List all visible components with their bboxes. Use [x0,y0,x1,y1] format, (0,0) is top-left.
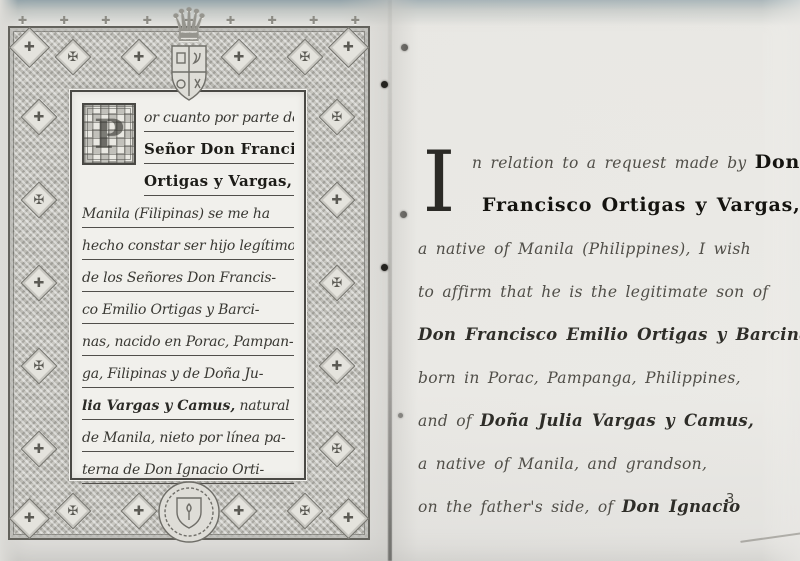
text-segment: nas, nacido en Porac, Pampan- [82,334,293,350]
text-line: a native of Manila, and grandson, [418,442,774,485]
manuscript-panel: P or cuanto por parte del Señor Don Fran… [70,90,306,480]
manuscript-line: Manila (Filipinas) se me ha [82,196,294,228]
text-segment: terna de Don Ignacio Orti- [82,462,264,478]
manuscript-line: de Manila, nieto por línea pa- [82,420,294,452]
border-ornament-diamond: ✚ [319,182,356,219]
border-ornament-diamond: ✠ [55,39,92,76]
bottom-medallion-icon [157,480,221,548]
cross-finial-icon: ✚ [268,14,277,27]
border-ornament-diamond: ✠ [287,39,324,76]
cross-finial-icon: ✚ [101,14,110,27]
cross-icon: ✚ [343,41,354,54]
drop-cap-i: I [418,141,460,227]
cross-finial-icon: ✚ [18,14,27,27]
text-line: on the father's side, of Don Ignacio [418,485,774,528]
left-page: ✚✚✚✚✚✚✚✚✚ ♛ ✠✚ ✚✠ ✚✠✚✠✚ [0,0,392,561]
text-segment: natural [235,398,289,414]
coat-of-arms-icon [166,42,212,108]
cross-icon: ✠ [34,360,45,373]
manuscript-line: Ortigas y Vargas, natural de [144,164,294,196]
text-segment: Francisco Ortigas y Vargas, [482,194,800,216]
border-ornament-diamond: ✚ [221,493,258,530]
cross-finial-icon: ✚ [226,14,235,27]
text-segment: to affirm that he is the legitimate son … [418,283,768,301]
cross-icon: ✚ [234,51,245,64]
bottom-border-ornaments-left: ✠✚ [60,498,152,524]
text-segment: a native of Manila, and grandson, [418,455,707,473]
text-line: to affirm that he is the legitimate son … [418,270,774,313]
text-segment: ga, Filipinas y de Doña Ju- [82,366,263,382]
cross-finial-icon: ✚ [143,14,152,27]
text-line: and of Doña Julia Vargas y Camus, [418,399,774,442]
text-segment: lia Vargas y Camus, [82,398,235,414]
manuscript-line: lia Vargas y Camus, natural [82,388,294,420]
binding-hole [381,264,388,271]
text-segment: co Emilio Ortigas y Barci- [82,302,259,318]
cross-icon: ✚ [34,277,45,290]
text-segment: Don Ignacio [622,497,741,516]
border-ornament-diamond: ✠ [21,348,58,385]
text-segment: n relation to a request made by [472,154,755,172]
cross-icon: ✠ [34,194,45,207]
cross-finial-icon: ✚ [60,14,69,27]
illuminated-certificate: ✚✚✚✚✚✚✚✚✚ ♛ ✠✚ ✚✠ ✚✠✚✠✚ [8,26,370,540]
cross-icon: ✠ [68,505,79,518]
cross-icon: ✚ [332,194,343,207]
text-segment: Doña Julia Vargas y Camus, [480,411,754,430]
cross-icon: ✠ [332,443,343,456]
right-page: I n relation to a request made by Don Fr… [392,0,800,561]
cross-icon: ✠ [332,111,343,124]
text-segment: a native of Manila (Philippines), I wish [418,240,751,258]
manuscript-line: Señor Don Francisco ~ [144,132,294,164]
border-ornament-diamond: ✠ [55,493,92,530]
manuscript-line: ga, Filipinas y de Doña Ju- [82,356,294,388]
border-ornament-diamond: ✠ [319,431,356,468]
binding-hole [381,81,388,88]
book-spread: ✚✚✚✚✚✚✚✚✚ ♛ ✠✚ ✚✠ ✚✠✚✠✚ [0,0,800,561]
text-segment: de los Señores Don Francis- [82,270,276,286]
top-border-ornaments-right: ✚✠ [226,44,318,70]
cross-icon: ✚ [134,505,145,518]
top-border-ornaments-left: ✠✚ [60,44,152,70]
cross-icon: ✚ [24,512,35,525]
border-ornament-diamond: ✚ [319,348,356,385]
border-ornament-diamond: ✚ [21,99,58,136]
text-line: Francisco Ortigas y Vargas, [418,184,774,227]
text-segment: Don Francisco Emilio Ortigas y Barcinas, [418,325,800,344]
cross-icon: ✠ [300,505,311,518]
manuscript-line: hecho constar ser hijo legítimo [82,228,294,260]
bottom-border-ornaments-right: ✚✠ [226,498,318,524]
cross-icon: ✠ [332,277,343,290]
border-ornament-diamond: ✚ [221,39,258,76]
manuscript-line: de los Señores Don Francis- [82,260,294,292]
cross-icon: ✠ [300,51,311,64]
text-segment: natural de [292,174,294,190]
border-ornament-diamond: ✠ [287,493,324,530]
manuscript-line: co Emilio Ortigas y Barci- [82,292,294,324]
text-segment: hecho constar ser hijo legítimo [82,238,294,254]
cross-icon: ✚ [332,360,343,373]
cross-icon: ✚ [134,51,145,64]
border-ornament-diamond: ✠ [319,265,356,302]
border-ornament-diamond: ✠ [319,99,356,136]
text-segment: Señor Don Francisco ~ [144,140,294,158]
text-segment: Manila (Filipinas) se me ha [82,206,270,222]
text-segment: Ortigas y Vargas, [144,172,292,190]
translation-lines: n relation to a request made by Don Fran… [418,141,774,528]
text-segment: or cuanto por parte del [144,110,294,126]
border-ornament-diamond: ✠ [21,182,58,219]
cross-icon: ✚ [34,111,45,124]
border-ornament-diamond: ✚ [121,493,158,530]
right-border-ornaments: ✠✚✠✚✠ [319,104,355,462]
cross-icon: ✚ [343,512,354,525]
text-segment: Don [755,151,800,173]
cross-icon: ✚ [24,41,35,54]
page-number: 3 [726,492,734,507]
cross-icon: ✠ [68,51,79,64]
initial-letter: P [84,105,134,163]
left-border-ornaments: ✚✠✚✠✚ [21,104,57,462]
text-segment: and of [418,412,480,430]
cross-icon: ✚ [34,443,45,456]
text-line: a native of Manila (Philippines), I wish [418,227,774,270]
border-ornament-diamond: ✚ [121,39,158,76]
text-line: n relation to a request made by Don [418,141,774,184]
border-ornament-diamond: ✚ [21,431,58,468]
manuscript-line: nas, nacido en Porac, Pampan- [82,324,294,356]
text-segment: de Manila, nieto por línea pa- [82,430,286,446]
border-ornament-diamond: ✚ [21,265,58,302]
illuminated-initial-p: P [82,103,136,165]
text-segment: born in Porac, Pampanga, Philippines, [418,369,741,387]
text-line: Don Francisco Emilio Ortigas y Barcinas, [418,313,774,356]
translation-text-block: I n relation to a request made by Don Fr… [418,141,774,528]
cross-finial-icon: ✚ [351,14,360,27]
text-segment: on the father's side, of [418,498,622,516]
text-line: born in Porac, Pampanga, Philippines, [418,356,774,399]
cross-icon: ✚ [234,505,245,518]
cross-finial-icon: ✚ [309,14,318,27]
